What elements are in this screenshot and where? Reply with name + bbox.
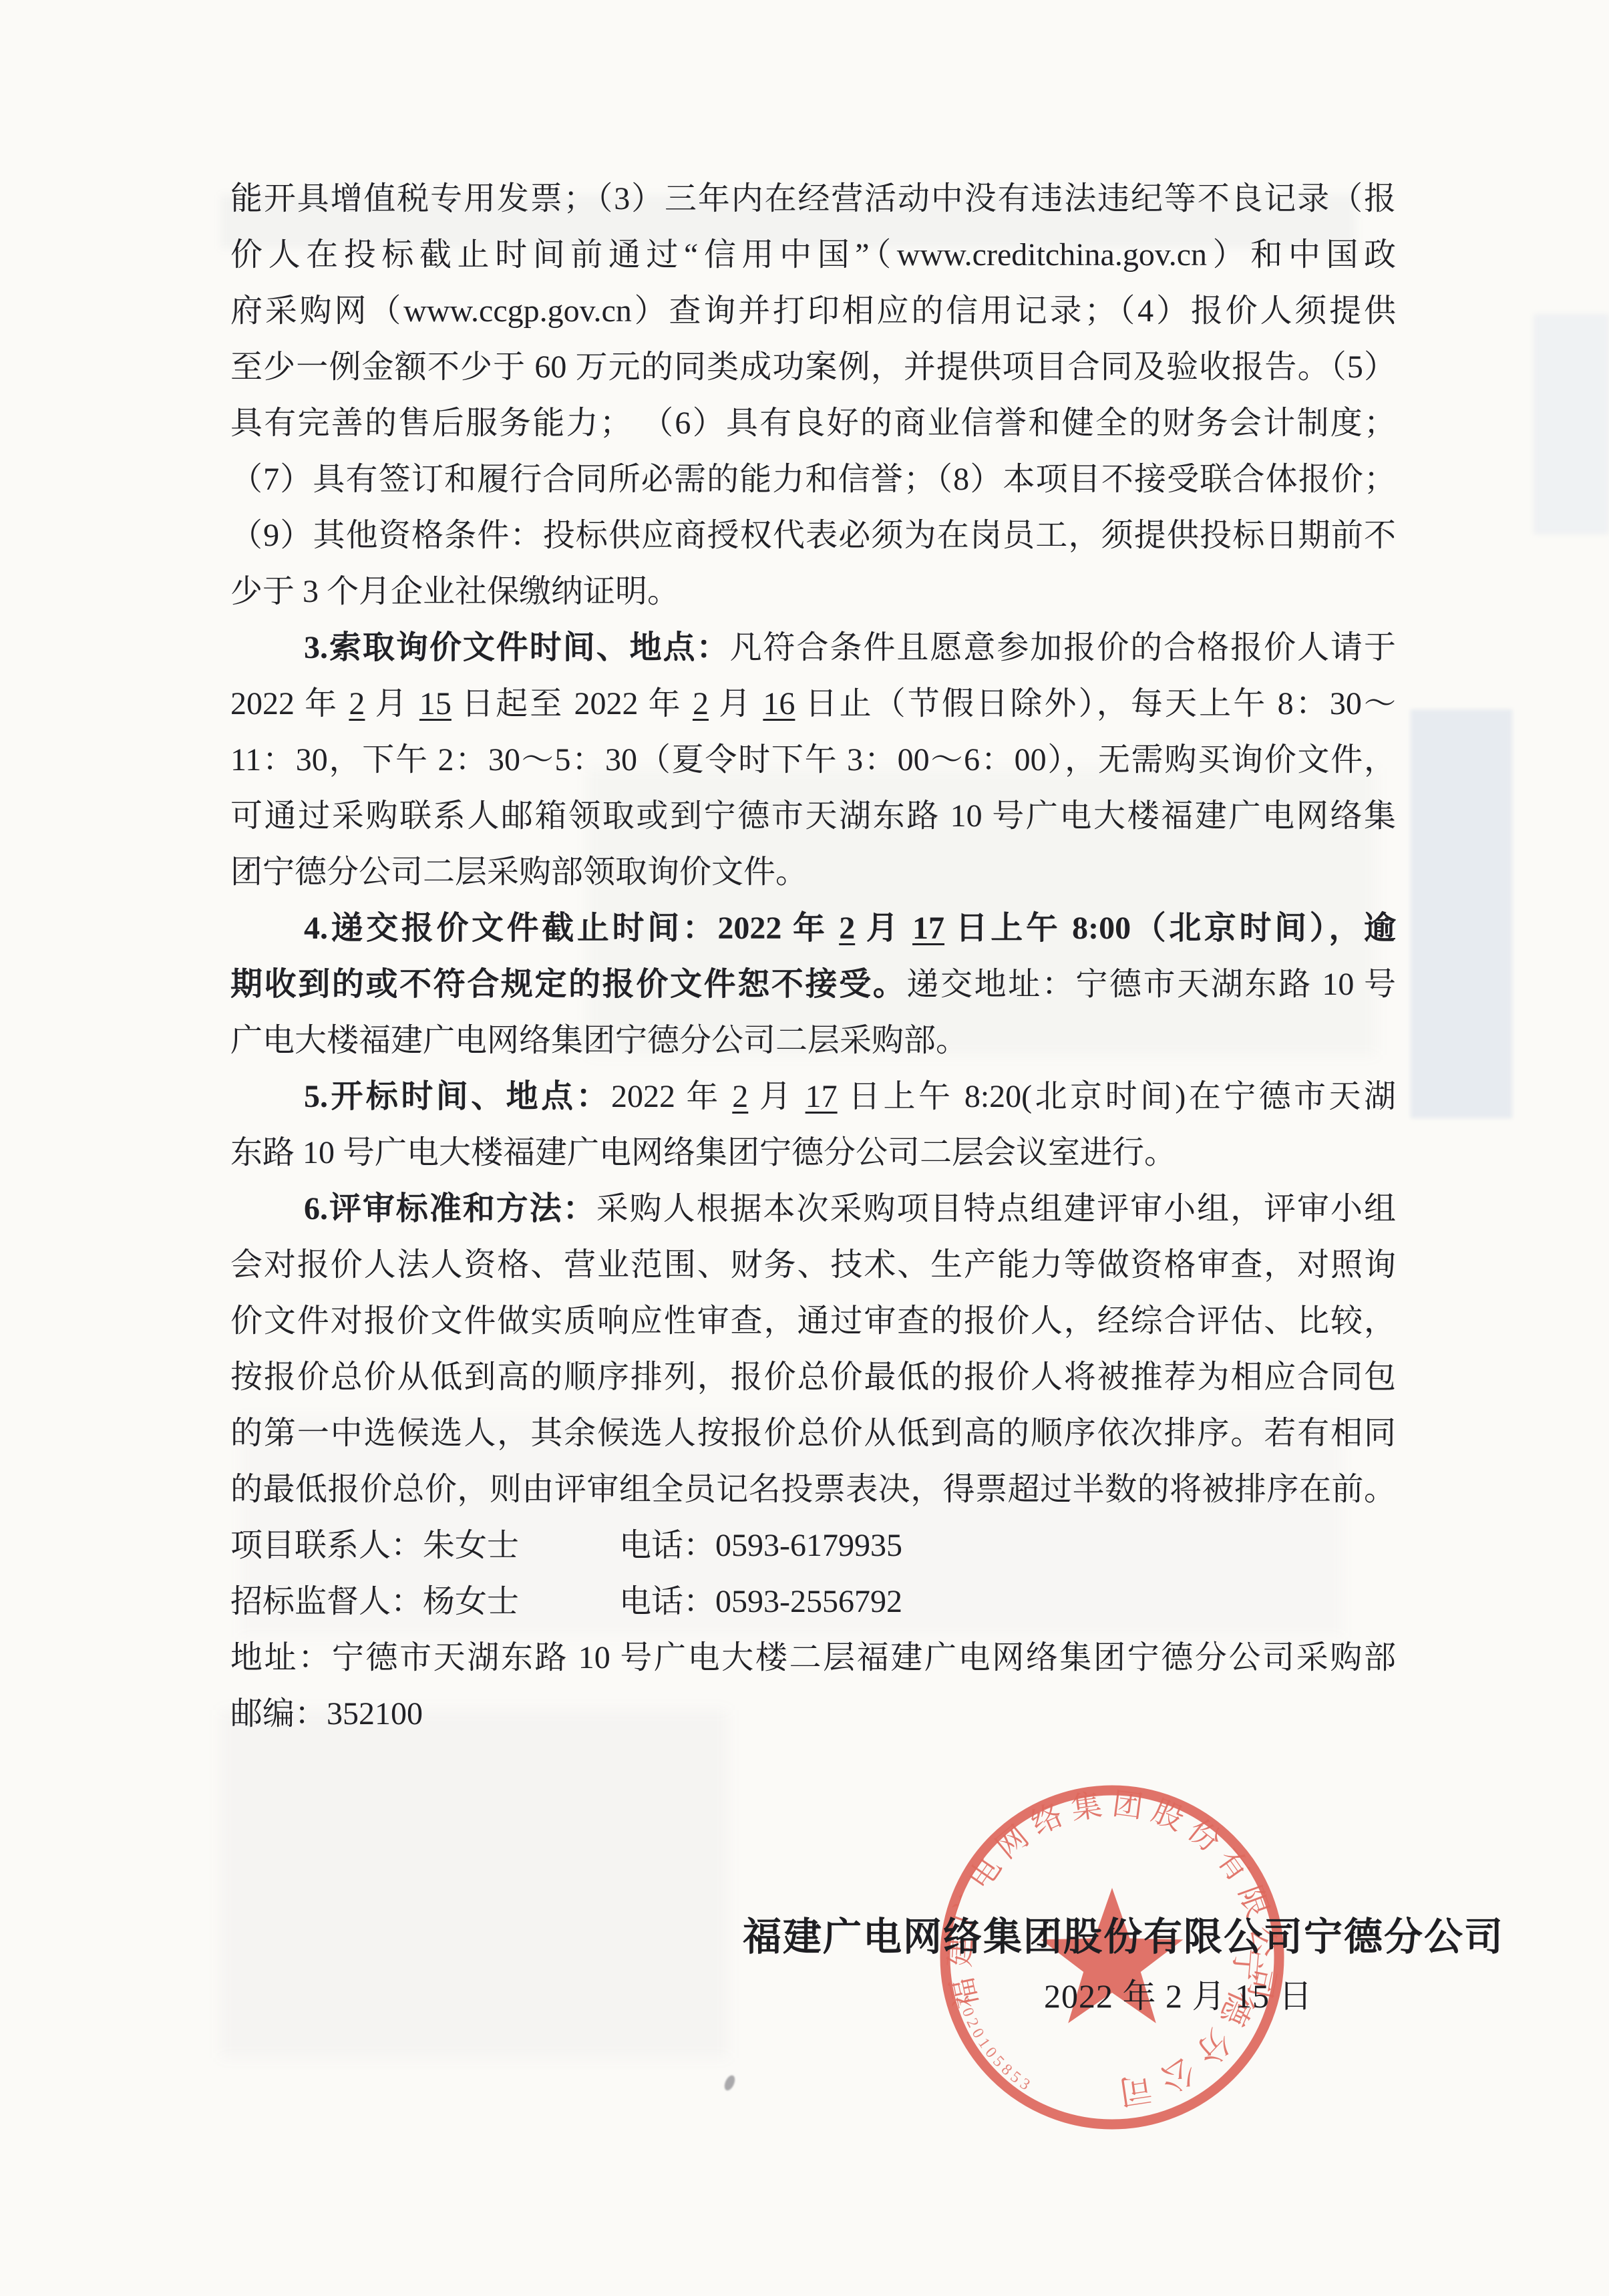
text-segment: 可通过采购联系人邮箱领取或到宁德市天湖东路 10 号广电大楼福建广电网络集 — [230, 798, 1396, 834]
text-line: 至少一例金额不少于 60 万元的同类成功案例，并提供项目合同及验收报告。（5） — [230, 339, 1396, 395]
text-segment: 电话：0593-6179935 — [619, 1528, 902, 1563]
scan-ghost-smudge — [220, 1710, 728, 2058]
text-segment: 东路 10 号广电大楼福建广电网络集团宁德分公司二层会议室进行。 — [230, 1135, 1176, 1170]
text-segment: 价文件对报价文件做实质响应性审查，通过审查的报价人，经综合评估、比较， — [230, 1303, 1396, 1339]
text-segment: 15 — [419, 686, 452, 721]
text-line: 6.评审标准和方法：采购人根据本次采购项目特点组建评审小组，评审小组 — [230, 1181, 1396, 1237]
text-segment: 能开具增值税专用发票；（3）三年内在经营活动中没有违法违纪等不良记录（报 — [230, 181, 1396, 216]
text-segment: 2022 年 — [611, 1079, 732, 1114]
signature-date: 2022 年 2 月 15 日 — [1044, 1969, 1313, 2017]
text-line: 价人在投标截止时间前通过“信用中国”（www.creditchina.gov.c… — [230, 227, 1396, 283]
text-line: 东路 10 号广电大楼福建广电网络集团宁德分公司二层会议室进行。 — [230, 1125, 1396, 1181]
text-segment: 日上午 8:20(北京时间)在宁德市天湖 — [838, 1079, 1396, 1114]
text-segment: 2022 年 — [230, 686, 349, 721]
text-line: 能开具增值税专用发票；（3）三年内在经营活动中没有违法违纪等不良记录（报 — [230, 171, 1396, 227]
text-segment: 3.索取询价文件时间、地点： — [304, 630, 730, 665]
text-segment: 至少一例金额不少于 60 万元的同类成功案例，并提供项目合同及验收报告。（5） — [230, 349, 1396, 385]
text-line: 的最低报价总价，则由评审组全员记名投票表决，得票超过半数的将被排序在前。 — [230, 1462, 1396, 1518]
text-line: 少于 3 个月企业社保缴纳证明。 — [230, 564, 1396, 620]
text-line: 团宁德分公司二层采购部领取询价文件。 — [230, 844, 1396, 900]
text-line: 价文件对报价文件做实质响应性审查，通过审查的报价人，经综合评估、比较， — [230, 1293, 1396, 1349]
text-segment: 17 — [912, 911, 944, 946]
text-line: 按报价总价从低到高的顺序排列，报价总价最低的报价人将被推荐为相应合同包 — [230, 1349, 1396, 1406]
text-segment: 电话：0593-2556792 — [619, 1584, 902, 1619]
text-line: 府采购网（www.ccgp.gov.cn）查询并打印相应的信用记录；（4）报价人… — [230, 283, 1396, 339]
text-segment: 月 — [855, 911, 912, 946]
text-segment: 广电大楼福建广电网络集团宁德分公司二层采购部。 — [230, 1023, 968, 1058]
text-segment: 2 — [839, 911, 855, 946]
text-segment: 月 — [748, 1079, 805, 1114]
text-line: 地址：宁德市天湖东路 10 号广电大楼二层福建广电网络集团宁德分公司采购部 — [230, 1630, 1396, 1686]
text-line: 5.开标时间、地点：2022 年 2 月 17 日上午 8:20(北京时间)在宁… — [230, 1069, 1396, 1125]
text-segment: 期收到的或不符合规定的报价文件恕不接受。 — [230, 967, 906, 1002]
text-segment: 采购人根据本次采购项目特点组建评审小组，评审小组 — [596, 1191, 1396, 1226]
text-segment: （7）具有签订和履行合同所必需的能力和信誉；（8）本项目不接受联合体报价； — [230, 462, 1396, 497]
text-line: 具有完善的售后服务能力； （6）具有良好的商业信誉和健全的财务会计制度； — [230, 395, 1396, 452]
text-segment: 的第一中选候选人，其余候选人按报价总价从低到高的顺序依次排序。若有相同 — [230, 1416, 1396, 1451]
text-segment: 递交地址：宁德市天湖东路 10 号 — [906, 967, 1396, 1002]
text-segment: 日起至 2022 年 — [452, 686, 693, 721]
text-segment: 6.评审标准和方法： — [304, 1191, 596, 1226]
text-segment: （9）其他资格条件：投标供应商授权代表必须为在岗员工，须提供投标日期前不 — [230, 518, 1396, 553]
text-segment: 价人在投标截止时间前通过“信用中国”（www.creditchina.gov.c… — [230, 237, 1396, 273]
text-segment: 日止（节假日除外），每天上午 8：30～ — [795, 686, 1396, 721]
text-segment: 4.递交报价文件截止时间：2022 年 — [304, 911, 839, 946]
text-segment: 团宁德分公司二层采购部领取询价文件。 — [230, 854, 808, 890]
text-line: 可通过采购联系人邮箱领取或到宁德市天湖东路 10 号广电大楼福建广电网络集 — [230, 788, 1396, 844]
text-line: 项目联系人：朱女士电话：0593-6179935 — [230, 1518, 1396, 1574]
text-segment: 项目联系人：朱女士 — [230, 1528, 519, 1563]
text-segment: 地址：宁德市天湖东路 10 号广电大楼二层福建广电网络集团宁德分公司采购部 — [230, 1640, 1396, 1675]
scan-bleed-band — [1534, 314, 1609, 534]
text-segment: 府采购网（www.ccgp.gov.cn）查询并打印相应的信用记录；（4）报价人… — [230, 293, 1396, 329]
text-segment: 月 — [365, 686, 419, 721]
text-segment: 11：30，下午 2：30～5：30（夏令时下午 3：00～6：00），无需购买… — [230, 742, 1396, 778]
text-segment: 2 — [732, 1079, 748, 1114]
text-line: 4.递交报价文件截止时间：2022 年 2 月 17 日上午 8:00（北京时间… — [230, 900, 1396, 957]
text-segment: 16 — [763, 686, 795, 721]
text-segment: 2 — [693, 686, 709, 721]
text-segment: 的最低报价总价，则由评审组全员记名投票表决，得票超过半数的将被排序在前。 — [230, 1472, 1396, 1507]
text-line: （9）其他资格条件：投标供应商授权代表必须为在岗员工，须提供投标日期前不 — [230, 508, 1396, 564]
text-segment: 具有完善的售后服务能力； （6）具有良好的商业信誉和健全的财务会计制度； — [230, 405, 1396, 441]
text-line: 邮编：352100 — [230, 1686, 1396, 1742]
text-segment: 2 — [349, 686, 365, 721]
text-segment: 少于 3 个月企业社保缴纳证明。 — [230, 574, 679, 609]
body-text: 能开具增值税专用发票；（3）三年内在经营活动中没有违法违纪等不良记录（报价人在投… — [230, 171, 1396, 1742]
signature-company: 福建广电网络集团股份有限公司宁德分公司 — [743, 1905, 1504, 1961]
text-segment: 月 — [709, 686, 763, 721]
text-segment: 17 — [806, 1079, 838, 1114]
scan-ink-speck — [723, 2074, 737, 2092]
document-page: 能开具增值税专用发票；（3）三年内在经营活动中没有违法违纪等不良记录（报价人在投… — [0, 0, 1609, 2296]
text-line: 11：30，下午 2：30～5：30（夏令时下午 3：00～6：00），无需购买… — [230, 732, 1396, 788]
text-segment: 邮编：352100 — [230, 1696, 423, 1732]
text-segment: 按报价总价从低到高的顺序排列，报价总价最低的报价人将被推荐为相应合同包 — [230, 1359, 1396, 1395]
text-line: 会对报价人法人资格、营业范围、财务、技术、生产能力等做资格审查，对照询 — [230, 1237, 1396, 1293]
text-line: 招标监督人：杨女士电话：0593-2556792 — [230, 1574, 1396, 1630]
text-segment: 5.开标时间、地点： — [304, 1079, 611, 1114]
text-line: （7）具有签订和履行合同所必需的能力和信誉；（8）本项目不接受联合体报价； — [230, 452, 1396, 508]
text-segment: 凡符合条件且愿意参加报价的合格报价人请于 — [730, 630, 1396, 665]
text-line: 3.索取询价文件时间、地点：凡符合条件且愿意参加报价的合格报价人请于 — [230, 620, 1396, 676]
text-line: 期收到的或不符合规定的报价文件恕不接受。递交地址：宁德市天湖东路 10 号 — [230, 957, 1396, 1013]
text-line: 的第一中选候选人，其余候选人按报价总价从低到高的顺序依次排序。若有相同 — [230, 1406, 1396, 1462]
text-line: 广电大楼福建广电网络集团宁德分公司二层采购部。 — [230, 1013, 1396, 1069]
text-line: 2022 年 2 月 15 日起至 2022 年 2 月 16 日止（节假日除外… — [230, 676, 1396, 732]
text-segment: 招标监督人：杨女士 — [230, 1584, 519, 1619]
text-segment: 日上午 8:00（北京时间），逾 — [944, 911, 1396, 946]
scan-bleed-band — [1411, 709, 1512, 1118]
text-segment: 会对报价人法人资格、营业范围、财务、技术、生产能力等做资格审查，对照询 — [230, 1247, 1396, 1283]
